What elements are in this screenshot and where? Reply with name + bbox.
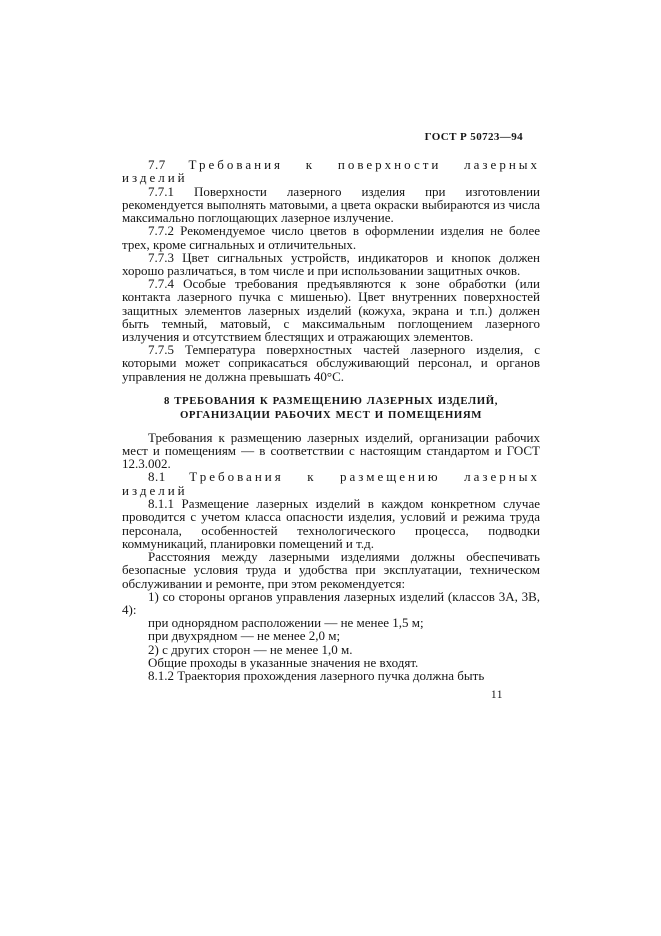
heading-7-7-title: Требования к поверхности лазерных издели… (122, 157, 540, 185)
paragraph-7-7-4: 7.7.4 Особые требования предъявляются к … (122, 277, 540, 343)
paragraph-7-7-3: 7.7.3 Цвет сигнальных устройств, индикат… (122, 251, 540, 277)
heading-section-8: 8 ТРЕБОВАНИЯ К РАЗМЕЩЕНИЮ ЛАЗЕРНЫХ ИЗДЕЛ… (122, 394, 540, 422)
paragraph-7-7-2: 7.7.2 Рекомендуемое число цветов в оформ… (122, 224, 540, 250)
paragraph-7-7-1: 7.7.1 Поверхности лазерного изделия при … (122, 185, 540, 225)
list-item-control-side: 1) со стороны органов управления лазерны… (122, 590, 540, 616)
paragraph-8-1-2: 8.1.2 Траектория прохождения лазерного п… (122, 669, 540, 682)
document-page: ГОСТ Р 50723—94 7.7 Требования к поверхн… (0, 0, 661, 936)
paragraph-7-7-5: 7.7.5 Температура поверхностных частей л… (122, 343, 540, 383)
heading-8-1-title: Требования к размещению лазерных изделий (122, 469, 540, 497)
text-block: ГОСТ Р 50723—94 7.7 Требования к поверхн… (122, 131, 540, 702)
heading-7-7: 7.7 Требования к поверхности лазерных из… (122, 158, 540, 185)
list-item-double-row: при двухрядном — не менее 2,0 м; (122, 629, 540, 642)
page-number: 11 (122, 689, 540, 702)
list-item-passages-note: Общие проходы в указанные значения не вх… (122, 656, 540, 669)
heading-8-1: 8.1 Требования к размещению лазерных изд… (122, 470, 540, 497)
paragraph-section-8-intro: Требования к размещению лазерных изделий… (122, 431, 540, 471)
list-item-other-sides: 2) с других сторон — не менее 1,0 м. (122, 643, 540, 656)
paragraph-8-1-1: 8.1.1 Размещение лазерных изделий в кажд… (122, 497, 540, 550)
paragraph-distances: Расстояния между лазерными изделиями дол… (122, 550, 540, 590)
heading-section-8-line1: 8 ТРЕБОВАНИЯ К РАЗМЕЩЕНИЮ ЛАЗЕРНЫХ ИЗДЕЛ… (122, 394, 540, 408)
running-header: ГОСТ Р 50723—94 (122, 131, 540, 143)
heading-section-8-line2: ОРГАНИЗАЦИИ РАБОЧИХ МЕСТ И ПОМЕЩЕНИЯМ (122, 408, 540, 422)
